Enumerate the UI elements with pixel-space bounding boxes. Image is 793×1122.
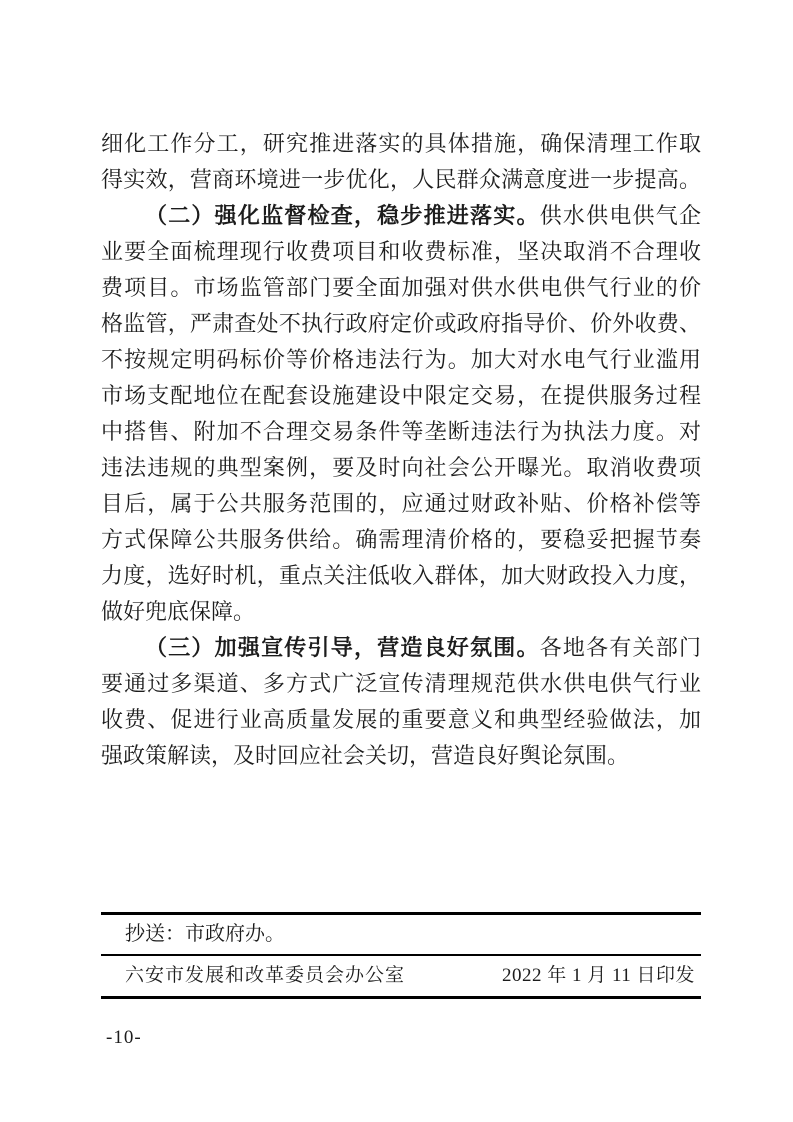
print-date: 2022 年 1 月 11 日印发 xyxy=(502,956,695,996)
line-text: 费项目。市场监管部门要全面加强对供水供电供气行业的价 xyxy=(101,275,701,300)
text-line: 中搭售、附加不合理交易条件等垄断违法行为执法力度。对 xyxy=(101,414,701,450)
text-line: 不按规定明码标价等价格违法行为。加大对水电气行业滥用 xyxy=(101,342,701,378)
line-text: 违法违规的典型案例，要及时向社会公开曝光。取消收费项 xyxy=(101,455,701,480)
text-line: 力度，选好时机，重点关注低收入群体，加大财政投入力度， xyxy=(101,558,701,594)
text-line: 违法违规的典型案例，要及时向社会公开曝光。取消收费项 xyxy=(101,450,701,486)
text-line: 业要全面梳理现行收费项目和收费标准，坚决取消不合理收 xyxy=(101,234,701,270)
line-text: 格监管，严肃查处不执行政府定价或政府指导价、价外收费、 xyxy=(101,311,701,336)
text-line: 做好兜底保障。 xyxy=(101,594,701,630)
issuing-office: 六安市发展和改革委员会办公室 xyxy=(125,956,405,996)
line-text: 强政策解读，及时回应社会关切，营造良好舆论氛围。 xyxy=(101,743,629,768)
text-line: 方式保障公共服务供给。确需理清价格的，要稳妥把握节奏 xyxy=(101,522,701,558)
text-line: 格监管，严肃查处不执行政府定价或政府指导价、价外收费、 xyxy=(101,306,701,342)
section-heading: （三）加强宣传引导，营造良好氛围。 xyxy=(145,635,540,660)
text-line: 费项目。市场监管部门要全面加强对供水供电供气行业的价 xyxy=(101,270,701,306)
line-text: 市场支配地位在配套设施建设中限定交易，在提供服务过程 xyxy=(101,383,701,408)
section-heading: （二）强化监督检查，稳步推进落实。 xyxy=(145,203,540,228)
text-line: 目后，属于公共服务范围的，应通过财政补贴、价格补偿等 xyxy=(101,486,701,522)
text-line: 强政策解读，及时回应社会关切，营造良好舆论氛围。 xyxy=(101,738,701,774)
text-line: 收费、促进行业高质量发展的重要意义和典型经验做法，加 xyxy=(101,702,701,738)
line-text: 目后，属于公共服务范围的，应通过财政补贴、价格补偿等 xyxy=(101,491,701,516)
line-text: 方式保障公共服务供给。确需理清价格的，要稳妥把握节奏 xyxy=(101,527,701,552)
line-text: 做好兜底保障。 xyxy=(101,599,255,624)
text-line: 细化工作分工，研究推进落实的具体措施，确保清理工作取 xyxy=(101,126,701,162)
page-number: -10- xyxy=(106,1027,142,1049)
text-line: （二）强化监督检查，稳步推进落实。供水供电供气企 xyxy=(101,198,701,234)
line-text: 供水供电供气企 xyxy=(540,203,701,228)
document-page: 细化工作分工，研究推进落实的具体措施，确保清理工作取得实效，营商环境进一步优化，… xyxy=(0,0,793,1122)
text-line: （三）加强宣传引导，营造良好氛围。各地各有关部门 xyxy=(101,630,701,666)
footer-bottom-rule xyxy=(101,996,701,999)
document-body: 细化工作分工，研究推进落实的具体措施，确保清理工作取得实效，营商环境进一步优化，… xyxy=(101,126,701,774)
line-text: 收费、促进行业高质量发展的重要意义和典型经验做法，加 xyxy=(101,707,701,732)
line-text: 中搭售、附加不合理交易条件等垄断违法行为执法力度。对 xyxy=(101,419,701,444)
line-text: 各地各有关部门 xyxy=(540,635,701,660)
line-text: 不按规定明码标价等价格违法行为。加大对水电气行业滥用 xyxy=(101,347,701,372)
line-text: 业要全面梳理现行收费项目和收费标准，坚决取消不合理收 xyxy=(101,239,701,264)
cc-row: 抄送：市政府办。 xyxy=(101,915,701,954)
line-text: 细化工作分工，研究推进落实的具体措施，确保清理工作取 xyxy=(101,131,701,156)
text-line: 市场支配地位在配套设施建设中限定交易，在提供服务过程 xyxy=(101,378,701,414)
issue-row: 六安市发展和改革委员会办公室 2022 年 1 月 11 日印发 xyxy=(101,956,701,996)
line-text: 要通过多渠道、多方式广泛宣传清理规范供水供电供气行业 xyxy=(101,671,701,696)
line-text: 力度，选好时机，重点关注低收入群体，加大财政投入力度， xyxy=(101,563,701,588)
line-text: 得实效，营商环境进一步优化，人民群众满意度进一步提高。 xyxy=(101,167,701,192)
text-line: 要通过多渠道、多方式广泛宣传清理规范供水供电供气行业 xyxy=(101,666,701,702)
cc-line: 抄送：市政府办。 xyxy=(125,923,285,945)
text-line: 得实效，营商环境进一步优化，人民群众满意度进一步提高。 xyxy=(101,162,701,198)
document-footer: 抄送：市政府办。 六安市发展和改革委员会办公室 2022 年 1 月 11 日印… xyxy=(101,912,701,999)
